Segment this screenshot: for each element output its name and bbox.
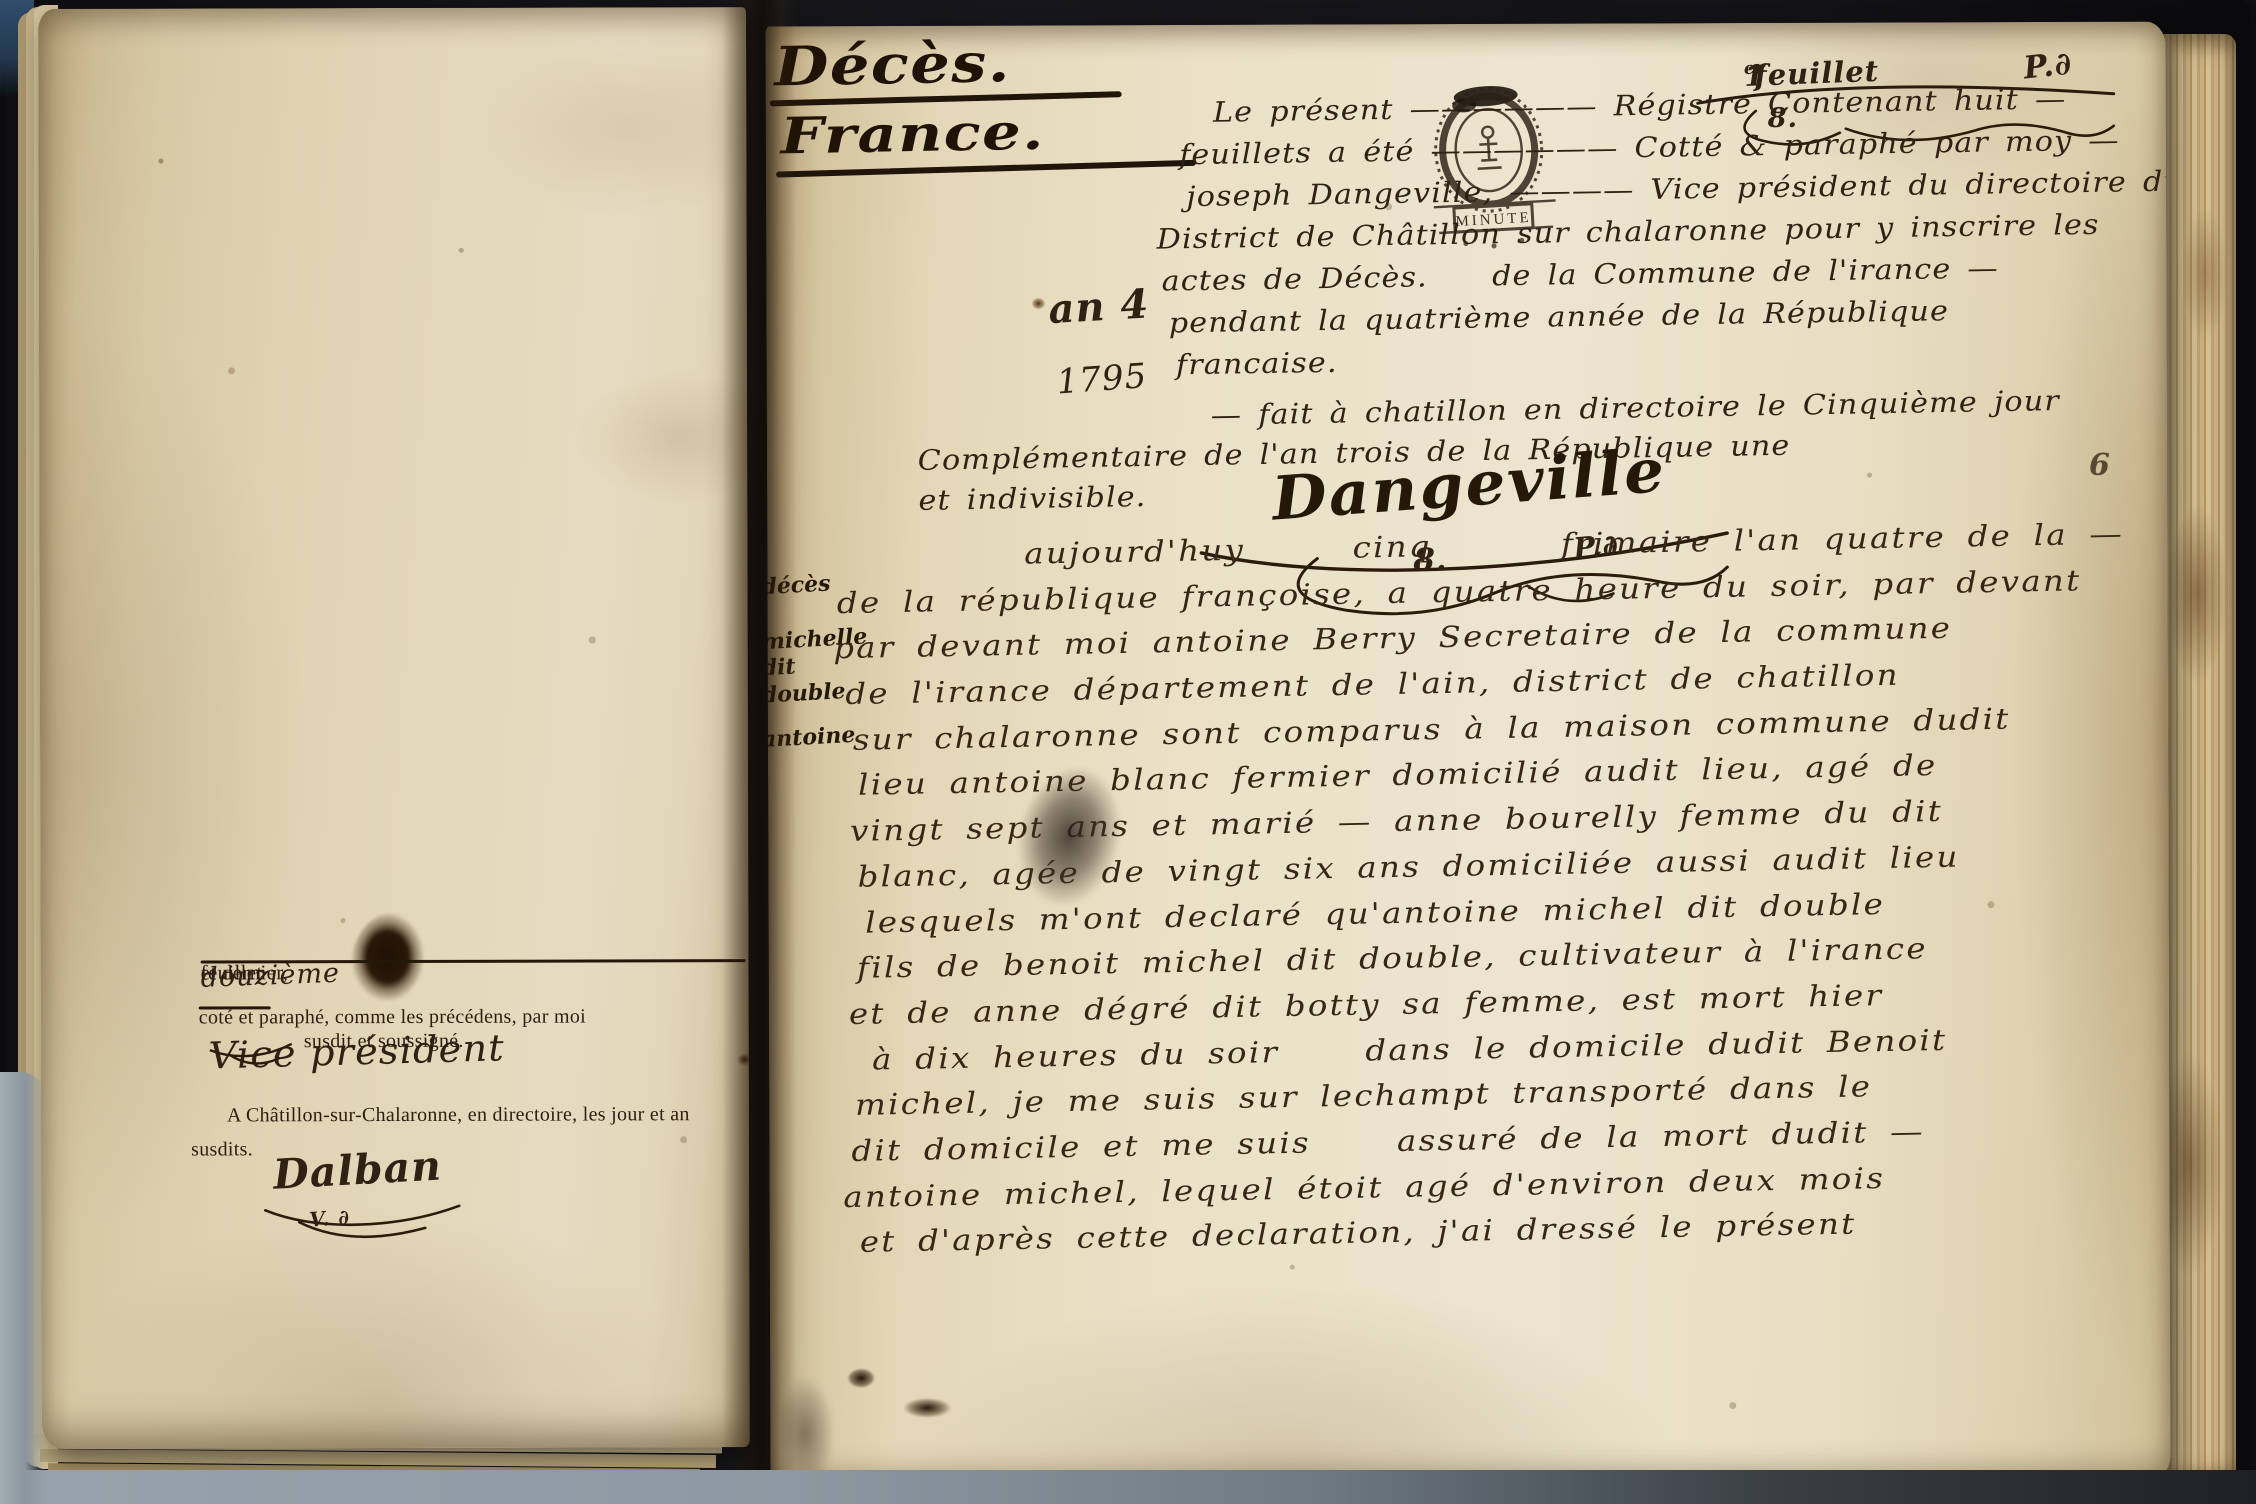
stray-ink-mark: 6 bbox=[2089, 448, 2111, 483]
page-title-deces: Décès. bbox=[773, 30, 1011, 98]
ink-blot bbox=[350, 912, 424, 1002]
official-stamp: MINUTE bbox=[1421, 80, 1565, 265]
margin-year-an4: an 4 bbox=[1047, 281, 1150, 334]
fill-rule-line bbox=[199, 1006, 271, 1009]
dalban-paraph: V. ∂ bbox=[308, 1205, 350, 1232]
printed-footer-line-5: susdits. bbox=[191, 1138, 253, 1161]
margin-note: dit bbox=[765, 653, 796, 681]
table-surface bbox=[0, 1470, 2256, 1504]
ink-blot bbox=[903, 1398, 951, 1418]
printed-footer-line-2: coté et paraphé, comme les précédens, pa… bbox=[199, 1005, 747, 1009]
susdit-text: susdit et soussigné. bbox=[304, 1030, 464, 1053]
margin-note: décès bbox=[765, 570, 831, 600]
paper-speckles bbox=[159, 159, 164, 164]
margin-year-1795: 1795 bbox=[1055, 356, 1148, 403]
paper-stain bbox=[1031, 297, 1045, 309]
right-page: Décès. France. 1erfeuillet 8. P.∂ bbox=[765, 22, 2170, 1491]
ink-blot bbox=[847, 1368, 875, 1388]
pen-flourish bbox=[209, 1034, 295, 1068]
cote-paraphe-text: coté et paraphé, comme les précédens, pa… bbox=[199, 1005, 586, 1029]
page-subtitle-france: France. bbox=[780, 102, 1045, 166]
folio-paraph: P.∂ bbox=[2022, 45, 2074, 86]
et-dernier-label: et dernier, bbox=[201, 960, 289, 985]
archival-register-photograph: feuillet douzième et dernier, coté et pa… bbox=[0, 0, 2256, 1504]
printed-footer-line-1: feuillet douzième et dernier, bbox=[201, 959, 746, 963]
signature-flourish bbox=[259, 1198, 469, 1241]
printed-footer-line-4: A Châtillon-sur-Chalaronne, en directoir… bbox=[227, 1103, 747, 1127]
dalban-signature: Dalban bbox=[272, 1141, 443, 1198]
left-page: feuillet douzième et dernier, coté et pa… bbox=[38, 7, 750, 1449]
table-surface-left bbox=[0, 1072, 46, 1504]
printed-footer-line-3: Vice président susdit et soussigné. bbox=[209, 1033, 749, 1068]
register-opening-paragraph: Le présent —————— Régistre Contenant hui… bbox=[1118, 82, 2122, 392]
